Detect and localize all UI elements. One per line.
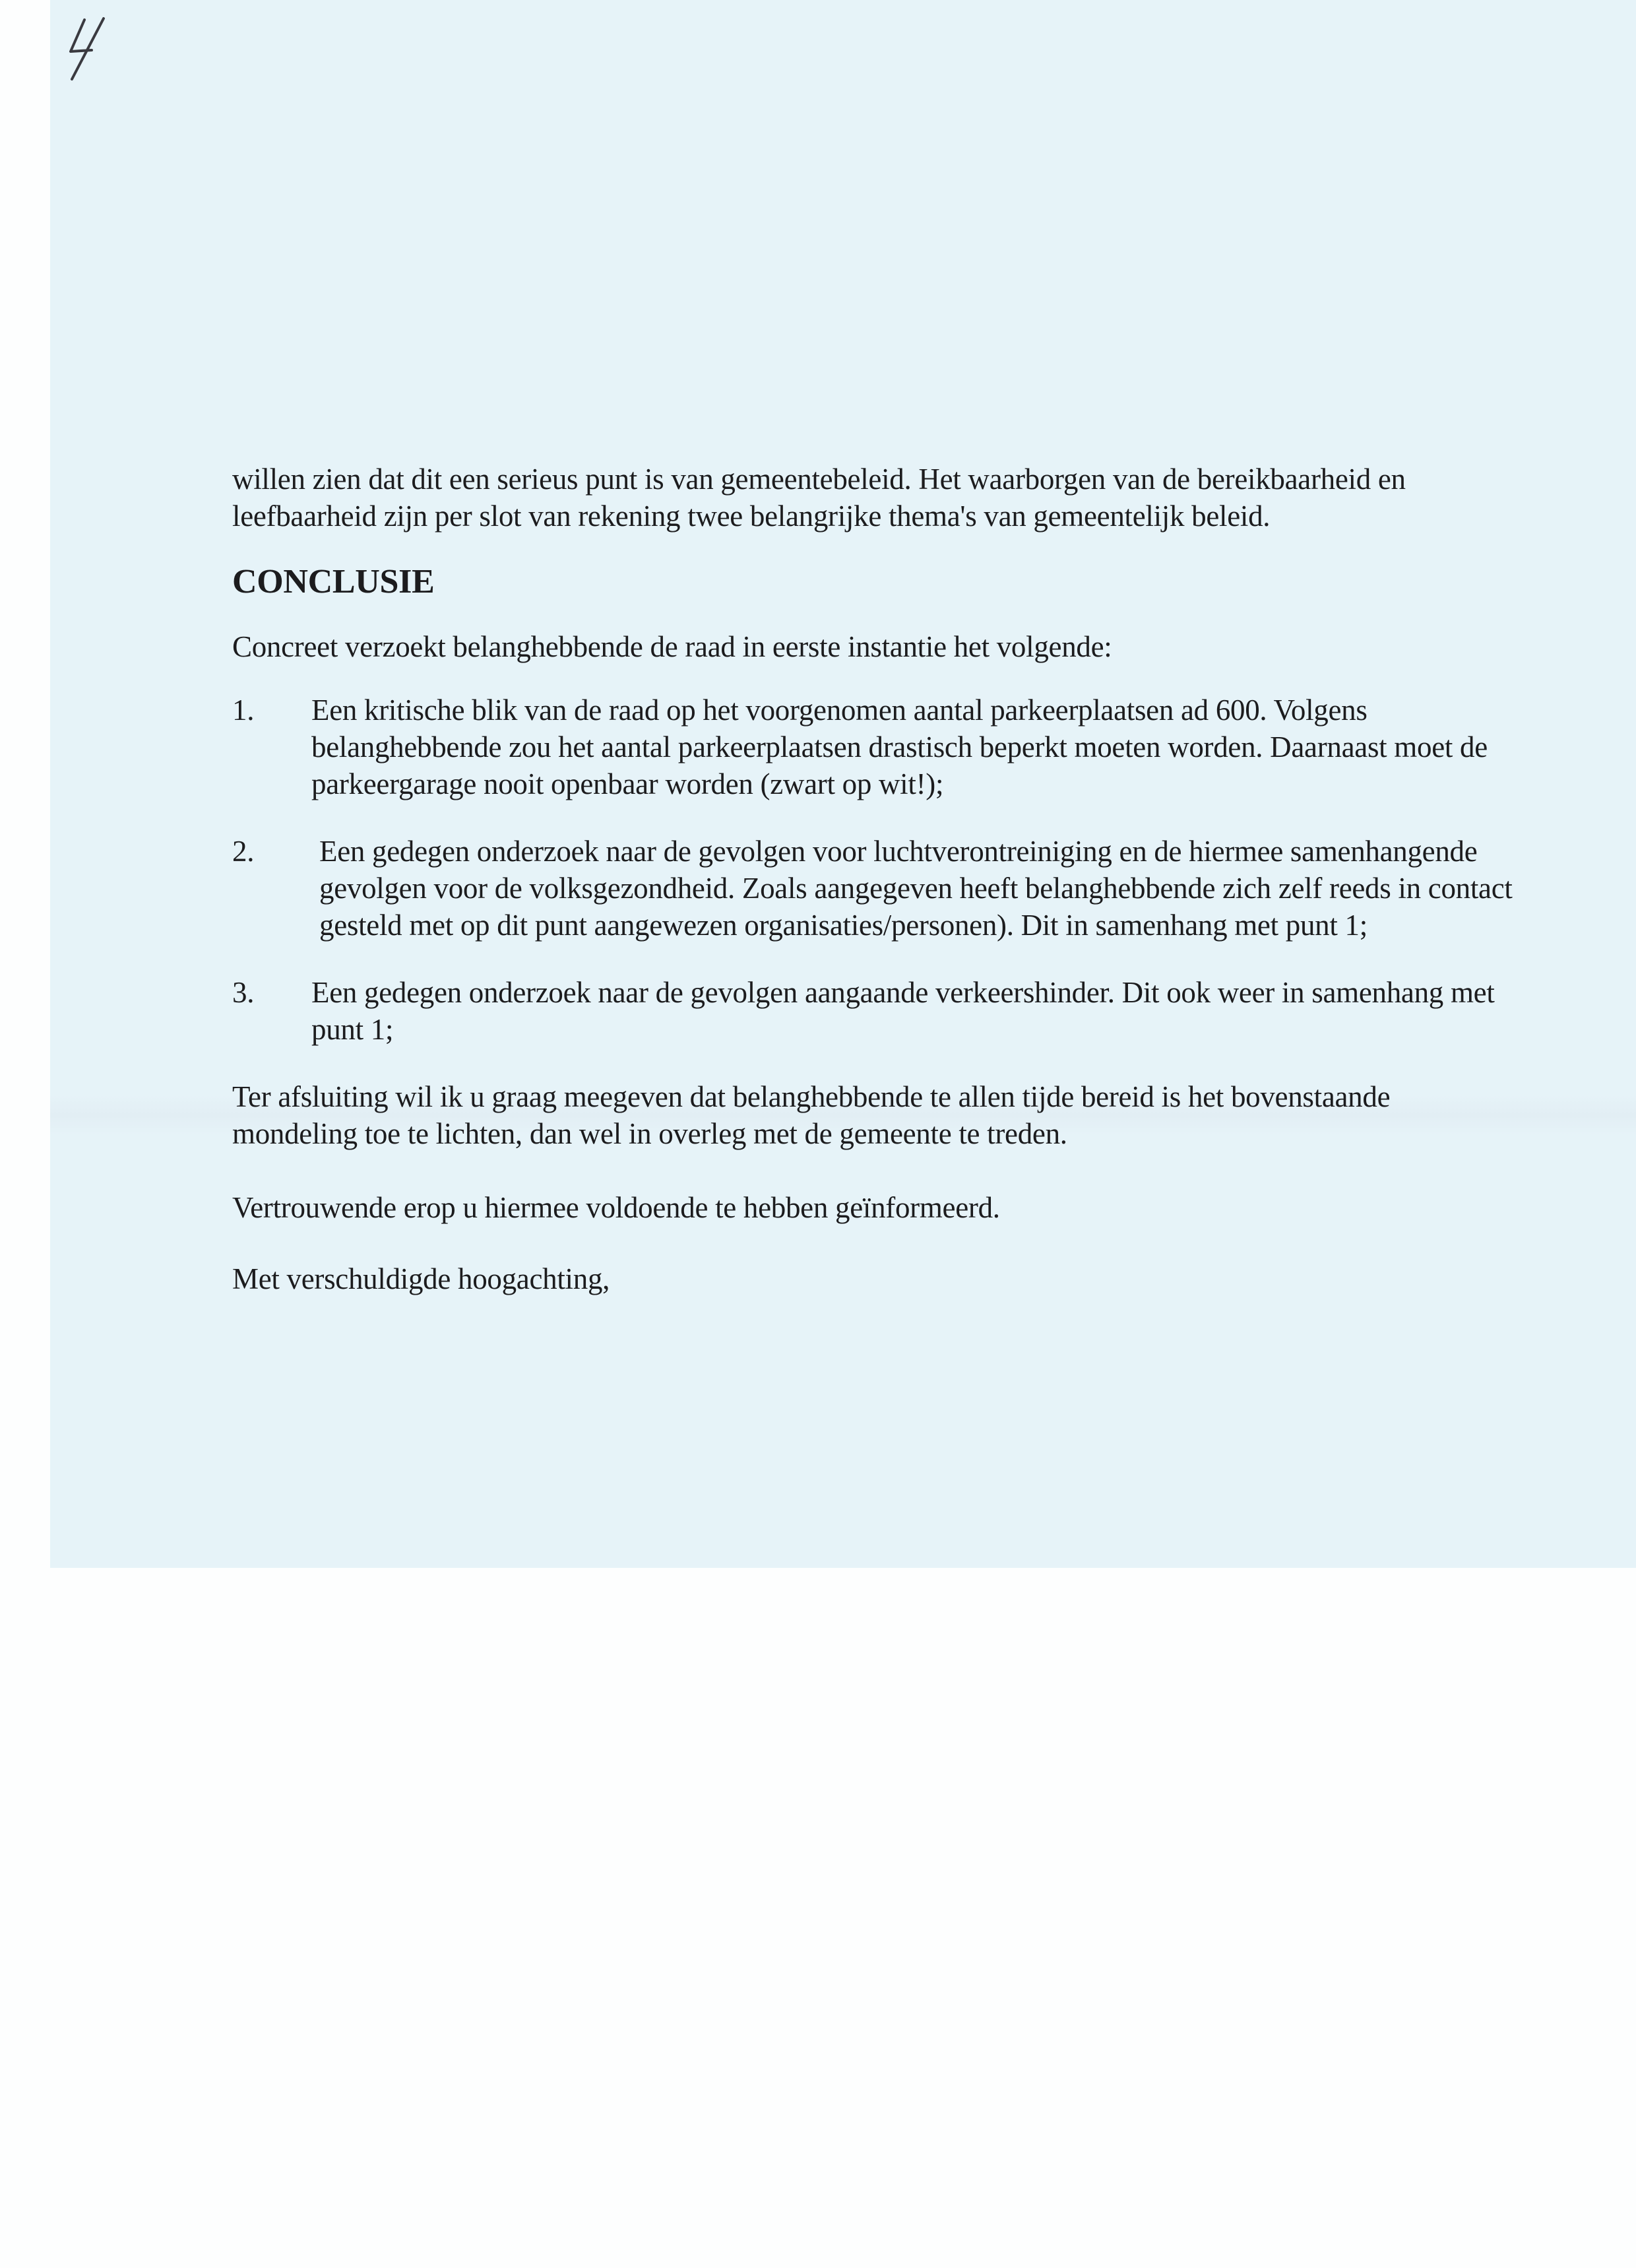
list-item: 2. Een gedegen onderzoek naar de gevolge… xyxy=(232,833,1519,944)
item-number: 2. xyxy=(232,833,254,870)
item-text: Een kritische blik van de raad op het vo… xyxy=(311,692,1519,802)
letter-body: willen zien dat dit een serieus punt is … xyxy=(232,461,1519,1297)
section-heading: CONCLUSIE xyxy=(232,562,1519,602)
item-text: Een gedegen onderzoek naar de gevolgen a… xyxy=(311,974,1519,1048)
request-list: 1. Een kritische blik van de raad op het… xyxy=(232,692,1519,1048)
intro-line: Concreet verzoekt belanghebbende de raad… xyxy=(232,628,1519,665)
handwritten-page-number: 4 xyxy=(63,13,115,86)
salutation: Met verschuldigde hoogachting, xyxy=(232,1260,1519,1297)
list-item: 3. Een gedegen onderzoek naar de gevolge… xyxy=(232,974,1519,1048)
list-item: 1. Een kritische blik van de raad op het… xyxy=(232,692,1519,802)
closing-paragraph: Ter afsluiting wil ik u graag meegeven d… xyxy=(232,1078,1519,1152)
item-number: 3. xyxy=(232,974,254,1011)
trust-line: Vertrouwende erop u hiermee voldoende te… xyxy=(232,1189,1519,1226)
item-text: Een gedegen onderzoek naar de gevolgen v… xyxy=(311,833,1519,944)
item-number: 1. xyxy=(232,692,254,729)
opening-paragraph: willen zien dat dit een serieus punt is … xyxy=(232,461,1472,535)
